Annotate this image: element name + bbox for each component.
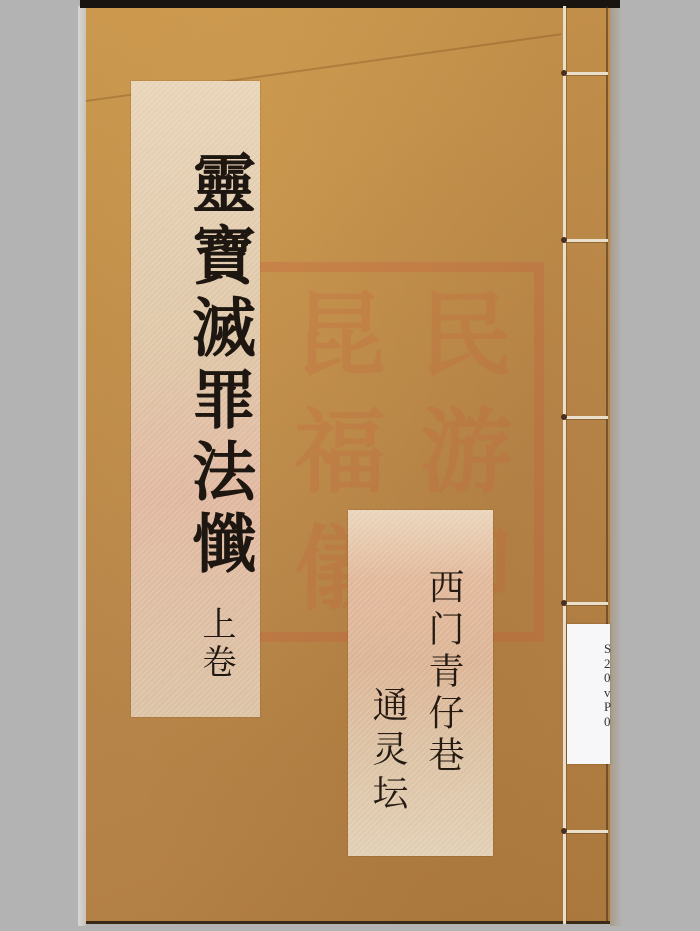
seal-glyph: 福 bbox=[282, 399, 398, 506]
book-scan: 同 昆 民 善 福 游 壇 儀 印 靈寶滅罪法懺 上卷 西门青仔巷 通灵坛 S … bbox=[0, 0, 700, 931]
binding-stitch bbox=[563, 602, 608, 605]
call-number-text: S 2 0 v P 0 bbox=[604, 642, 618, 729]
seal-glyph: 游 bbox=[408, 399, 524, 506]
seal-glyph: 昆 bbox=[282, 282, 398, 389]
book-title: 靈寶滅罪法懺 bbox=[150, 150, 250, 582]
location-altar-name: 通灵坛 bbox=[362, 686, 413, 818]
scan-left-shadow bbox=[78, 6, 86, 926]
binding-stitch bbox=[563, 72, 608, 75]
binding-thread-vertical bbox=[563, 6, 566, 924]
binding-stitch bbox=[563, 830, 608, 833]
spine-edge bbox=[606, 6, 608, 924]
binding-stitch bbox=[563, 416, 608, 419]
location-address: 西门青仔巷 bbox=[418, 568, 469, 778]
seal-glyph: 民 bbox=[408, 282, 524, 389]
scan-right-shadow bbox=[610, 8, 622, 926]
volume-label: 上卷 bbox=[192, 606, 241, 682]
binding-stitch bbox=[563, 239, 608, 242]
scan-top-edge bbox=[80, 0, 620, 8]
